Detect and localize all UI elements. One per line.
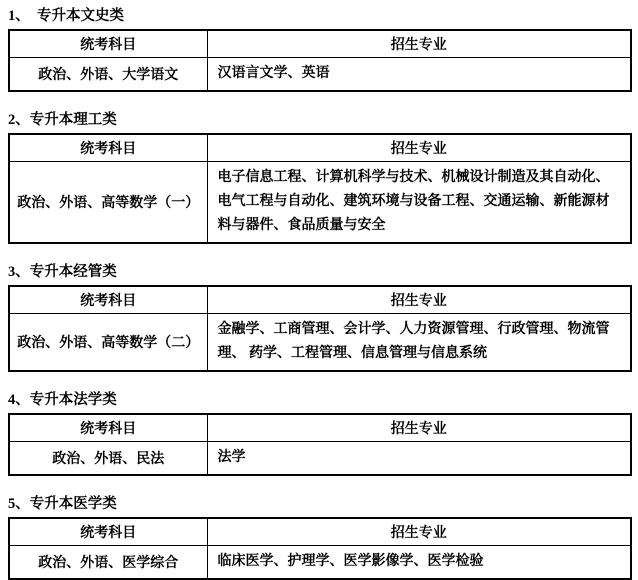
table-header-row: 统考科目 招生专业 [9, 286, 631, 314]
column-header-exam-subjects: 统考科目 [9, 518, 207, 546]
admission-table: 统考科目 招生专业 政治、外语、高等数学（二） 金融学、工商管理、会计学、人力资… [8, 285, 632, 372]
section-jingguan: 3、专升本经管类 统考科目 招生专业 政治、外语、高等数学（二） 金融学、工商管… [8, 264, 630, 372]
table-header-row: 统考科目 招生专业 [9, 134, 631, 162]
column-header-exam-subjects: 统考科目 [9, 134, 207, 162]
exam-subjects-cell: 政治、外语、高等数学（一） [9, 162, 207, 244]
column-header-majors: 招生专业 [207, 414, 631, 442]
column-header-majors: 招生专业 [207, 518, 631, 546]
section-wenshi: 1、 专升本文史类 统考科目 招生专业 政治、外语、大学语文 汉语言文学、英语 [8, 8, 630, 92]
table-header-row: 统考科目 招生专业 [9, 414, 631, 442]
majors-cell: 汉语言文学、英语 [207, 58, 631, 92]
section-title: 2、专升本理工类 [8, 112, 630, 128]
document-page: 1、 专升本文史类 统考科目 招生专业 政治、外语、大学语文 汉语言文学、英语 … [0, 0, 638, 580]
column-header-majors: 招生专业 [207, 30, 631, 58]
column-header-majors: 招生专业 [207, 134, 631, 162]
table-row: 政治、外语、大学语文 汉语言文学、英语 [9, 58, 631, 92]
column-header-exam-subjects: 统考科目 [9, 30, 207, 58]
section-title: 4、专升本法学类 [8, 392, 630, 408]
exam-subjects-cell: 政治、外语、民法 [9, 442, 207, 476]
exam-subjects-cell: 政治、外语、高等数学（二） [9, 314, 207, 372]
table-header-row: 统考科目 招生专业 [9, 30, 631, 58]
table-row: 政治、外语、高等数学（一） 电子信息工程、计算机科学与技术、机械设计制造及其自动… [9, 162, 631, 244]
exam-subjects-cell: 政治、外语、大学语文 [9, 58, 207, 92]
section-title: 3、专升本经管类 [8, 264, 630, 280]
table-row: 政治、外语、民法 法学 [9, 442, 631, 476]
majors-cell: 临床医学、护理学、医学影像学、医学检验 [207, 546, 631, 580]
section-ligong: 2、专升本理工类 统考科目 招生专业 政治、外语、高等数学（一） 电子信息工程、… [8, 112, 630, 244]
majors-cell: 电子信息工程、计算机科学与技术、机械设计制造及其自动化、电气工程与自动化、建筑环… [207, 162, 631, 244]
section-faxue: 4、专升本法学类 统考科目 招生专业 政治、外语、民法 法学 [8, 392, 630, 476]
majors-cell: 金融学、工商管理、会计学、人力资源管理、行政管理、物流管理、 药学、工程管理、信… [207, 314, 631, 372]
admission-table: 统考科目 招生专业 政治、外语、高等数学（一） 电子信息工程、计算机科学与技术、… [8, 133, 632, 244]
admission-table: 统考科目 招生专业 政治、外语、民法 法学 [8, 413, 632, 476]
section-title: 5、专升本医学类 [8, 496, 630, 512]
table-row: 政治、外语、医学综合 临床医学、护理学、医学影像学、医学检验 [9, 546, 631, 580]
admission-table: 统考科目 招生专业 政治、外语、大学语文 汉语言文学、英语 [8, 29, 632, 92]
admission-table: 统考科目 招生专业 政治、外语、医学综合 临床医学、护理学、医学影像学、医学检验 [8, 517, 632, 580]
column-header-exam-subjects: 统考科目 [9, 414, 207, 442]
exam-subjects-cell: 政治、外语、医学综合 [9, 546, 207, 580]
majors-cell: 法学 [207, 442, 631, 476]
table-header-row: 统考科目 招生专业 [9, 518, 631, 546]
section-yixue: 5、专升本医学类 统考科目 招生专业 政治、外语、医学综合 临床医学、护理学、医… [8, 496, 630, 580]
column-header-exam-subjects: 统考科目 [9, 286, 207, 314]
column-header-majors: 招生专业 [207, 286, 631, 314]
table-row: 政治、外语、高等数学（二） 金融学、工商管理、会计学、人力资源管理、行政管理、物… [9, 314, 631, 372]
section-title: 1、 专升本文史类 [8, 8, 630, 24]
